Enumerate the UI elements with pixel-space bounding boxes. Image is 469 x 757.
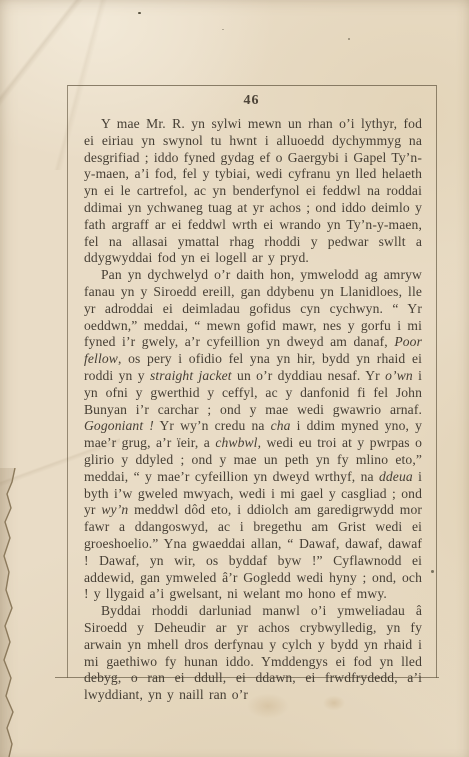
torn-page-edge [0,468,26,757]
paragraph-1: Y mae Mr. R. yn sylwi mewn un rhan o’i l… [84,116,422,267]
ink-speck [348,38,350,40]
ink-speck [138,12,141,14]
paragraph-2: Pan yn dychwelyd o’r daith hon, ymwelodd… [84,267,422,603]
ink-speck [222,29,224,30]
book-page-scan: 46 Y mae Mr. R. yn sylwi mewn un rhan o’… [0,0,469,757]
page-number: 46 [67,93,436,109]
body-text: Y mae Mr. R. yn sylwi mewn un rhan o’i l… [84,116,422,704]
paragraph-3: Byddai rhoddi darluniad manwl o’i ymweli… [84,603,422,704]
